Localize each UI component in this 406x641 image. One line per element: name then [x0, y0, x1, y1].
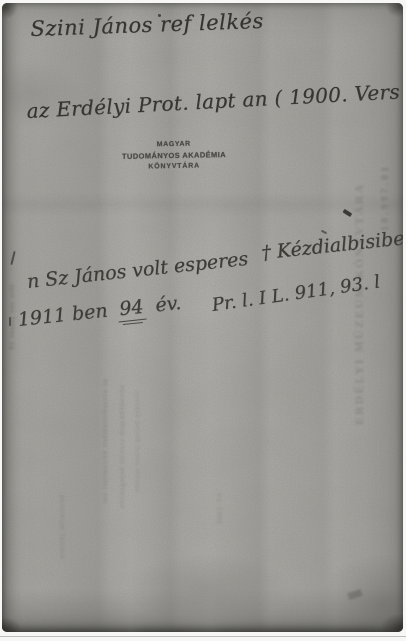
photo-card-back: 10.997.01 ERDÉLYI MÚZEUM KÖNYVTÁRA az ol…	[2, 3, 403, 632]
handwriting-year-pre: 1911 ben	[17, 300, 109, 331]
bleedthrough-column-3: fénykép hátlap jelzet szerint	[134, 391, 141, 513]
scan-artifact-line	[0, 636, 406, 637]
handwriting-year-post: év.	[154, 292, 182, 317]
bleedthrough-bottom-mid: SV 1906	[216, 493, 224, 563]
ink-dash	[343, 209, 352, 217]
handwriting-name-line: Szini János ref lelkés	[30, 9, 264, 41]
edge-scratch-small	[9, 317, 11, 326]
bleedthrough-column-2: növedéknapló szerint bejegyezve	[118, 385, 126, 525]
ink-dot	[158, 14, 161, 17]
handwriting-year-line: 1911 ben94év.	[17, 292, 183, 333]
handwriting-age-underlined: 94	[116, 296, 147, 323]
edge-scratch	[10, 251, 15, 265]
handwriting-death-note-place: † Kézdialbisiben	[260, 226, 403, 264]
stamp-line-3: KÖNYVTÁRA	[120, 160, 228, 174]
ink-dash-small	[321, 230, 327, 235]
smudge	[347, 589, 362, 600]
handwriting-source-line: az Erdélyi Prot. lapt an ( 1900. Vers	[26, 79, 400, 123]
handwriting-reference: Pr. l. I L. 911, 93. l	[211, 272, 382, 316]
bleedthrough-column-1: az olvasóteremben kézirattári sor	[101, 379, 109, 529]
bleedthrough-bottom-left: kézirattár jelzete	[58, 495, 66, 581]
bleedthrough-left-edge: ltsz sor jelzet 19	[8, 285, 16, 415]
spacer	[108, 316, 118, 317]
bleedthrough-inventory-number: 10.997.01	[380, 101, 391, 231]
handwriting-death-note-name: n Sz János volt esperes	[26, 248, 249, 293]
library-stamp: MAGYAR TUDOMÁNYOS AKADÉMIA KÖNYVTÁRA	[120, 139, 229, 174]
spacer	[146, 312, 156, 313]
scan-background: 10.997.01 ERDÉLYI MÚZEUM KÖNYVTÁRA az ol…	[0, 0, 406, 641]
